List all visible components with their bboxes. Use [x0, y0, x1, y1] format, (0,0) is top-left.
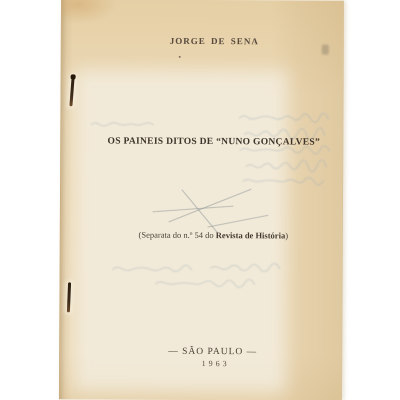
separata-prefix: (Separata do n.º 54 do: [139, 230, 216, 240]
author-name: JORGE DE SENA: [74, 35, 344, 46]
separata-suffix: ): [285, 230, 288, 240]
cover-title: OS PAINEIS DITOS DE “NUNO GONÇALVES”: [73, 136, 344, 147]
pencil-scribble: [60, 0, 343, 400]
separata-line: (Separata do n.º 54 do Revista de Histór…: [73, 229, 344, 240]
booklet-cover: JORGE DE SENA OS PAINEIS DITOS DE “NUNO …: [59, 0, 344, 400]
photo-backdrop: JORGE DE SENA OS PAINEIS DITOS DE “NUNO …: [0, 0, 400, 400]
journal-name: Revista de História: [216, 230, 285, 240]
ink-dot: [179, 56, 181, 58]
city-line: — SÃO PAULO —: [72, 346, 344, 357]
year-line: 1963: [72, 358, 344, 368]
